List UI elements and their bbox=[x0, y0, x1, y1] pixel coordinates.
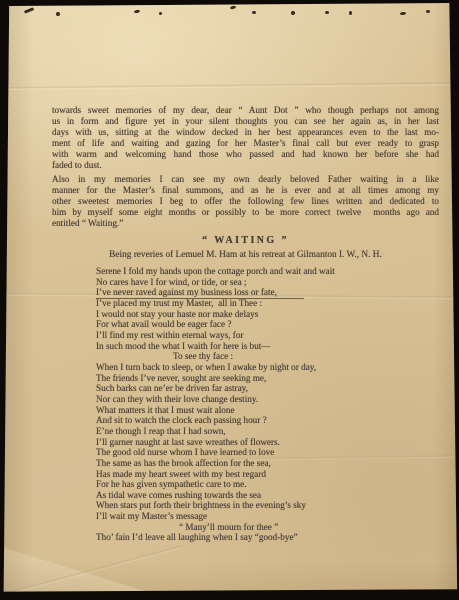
pin-hole bbox=[252, 11, 256, 14]
document-page: towards sweet memories of my dear, dear … bbox=[0, 0, 459, 600]
poem-line: When stars put forth their brightness in… bbox=[96, 500, 439, 511]
intro-paragraph-1: towards sweet memories of my dear, dear … bbox=[52, 105, 439, 172]
intro-paragraph-2: Also in my memories I can see my own dea… bbox=[52, 174, 439, 229]
photograph-of-document: { "colors": { "background": "#0d0a07", "… bbox=[0, 0, 459, 600]
poem-line: I’ve placed my trust my Master, all in T… bbox=[96, 298, 439, 309]
poem-line: I’ll garner naught at last save wreathes… bbox=[96, 437, 439, 448]
text-line: ment of life and waiting and gazing for … bbox=[52, 138, 439, 149]
pin-hole bbox=[349, 11, 352, 15]
text-line: manner for the Master’s final summons, a… bbox=[52, 185, 439, 196]
poem-line: E’ne though I reap that I had sown, bbox=[96, 426, 439, 437]
poem-line: The same as has the brook affection for … bbox=[96, 458, 439, 469]
text-line: him by myself some eight months or possi… bbox=[52, 207, 439, 218]
poem-line: I would not stay your haste nor make del… bbox=[96, 309, 439, 320]
poem-line: I’ll wait my Master’s message bbox=[96, 511, 439, 522]
poem-line: No cares have I for wind, or tide, or se… bbox=[96, 277, 439, 288]
poem-body: Serene I fold my hands upon the cottage … bbox=[52, 266, 439, 543]
poem-line: Tho’ fain I’d leave all laughing when I … bbox=[96, 532, 439, 543]
paper-crease bbox=[0, 82, 459, 91]
text-line: days with us, sitting at the window deck… bbox=[52, 127, 439, 138]
text-line: us in form and figure yet in your silent… bbox=[52, 116, 439, 127]
pin-hole bbox=[159, 12, 162, 15]
typewritten-text: towards sweet memories of my dear, dear … bbox=[52, 105, 439, 543]
poem-line: To see thy face : bbox=[96, 351, 439, 362]
pin-hole bbox=[400, 12, 406, 16]
text-line: faded to dust. bbox=[52, 160, 439, 171]
poem-line: Nor can they with their love change dest… bbox=[96, 394, 439, 405]
text-line: other sweetest memories I beg to offer t… bbox=[52, 196, 439, 207]
pin-hole bbox=[426, 10, 430, 13]
poem-line: The friends I’ve never, sought are seeki… bbox=[96, 373, 439, 384]
pin-hole bbox=[325, 11, 329, 14]
poem-line: When I turn back to sleep, or when I awa… bbox=[96, 362, 439, 373]
text-line: Also in my memories I can see my own dea… bbox=[52, 174, 439, 185]
text-line: with warm and welcoming hand those who p… bbox=[52, 149, 439, 160]
pin-hole bbox=[230, 5, 237, 9]
text-line: entitled “ Waiting.” bbox=[52, 218, 439, 229]
poem-line: And sit to watch the clock each passing … bbox=[96, 415, 439, 426]
poem-line: What matters it that I must wait alone bbox=[96, 405, 439, 416]
poem-line: Has made my heart sweet with my best reg… bbox=[96, 469, 439, 480]
text-line: towards sweet memories of my dear, dear … bbox=[52, 105, 439, 116]
poem-line: Serene I fold my hands upon the cottage … bbox=[96, 266, 439, 277]
poem-line: I’ll find my rest within eternal ways, f… bbox=[96, 330, 439, 341]
poem-line: “ Many’ll mourn for thee ” bbox=[96, 522, 439, 533]
poem-subtitle: Being reveries of Lemuel M. Ham at his r… bbox=[52, 250, 439, 260]
poem-line: For he has given sympathetic care to me. bbox=[96, 479, 439, 490]
poem-line: For what avail would be eager face ? bbox=[96, 319, 439, 330]
poem-line: The good old nurse whom I have learned t… bbox=[96, 447, 439, 458]
poem-line: I’ve never raved against my business los… bbox=[96, 287, 439, 298]
poem-line: Such barks can ne’er be driven far astra… bbox=[96, 383, 439, 394]
poem-title: “ WAITING ” bbox=[52, 235, 439, 246]
poem-line: In such mood the what I waith for here i… bbox=[96, 341, 439, 352]
pin-hole bbox=[134, 10, 140, 14]
pin-hole bbox=[56, 12, 60, 16]
pin-hole bbox=[291, 11, 295, 15]
poem-line: As tidal wave comes rushing towards the … bbox=[96, 490, 439, 501]
